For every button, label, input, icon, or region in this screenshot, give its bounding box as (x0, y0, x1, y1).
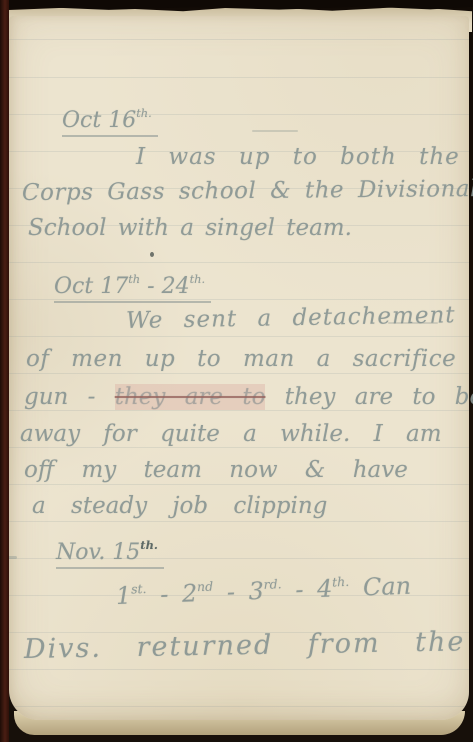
entry-heading-nov-15: Nov. 15th. (56, 538, 164, 569)
handwritten-line: School with a singel team. (28, 215, 352, 241)
notebook-spine-left (0, 0, 9, 742)
handwritten-line: a steady job clipping (32, 493, 327, 519)
handwritten-line-with-strikethrough: gun - they are to they are to be (24, 384, 473, 410)
handwritten-line: off my team now & have (24, 457, 408, 483)
pencil-dash-mark (252, 130, 298, 132)
ink-dot-mark (150, 252, 154, 257)
entry-heading-oct-17-24: Oct 17th - 24th. (54, 272, 211, 303)
handwritten-line: of men up to man a sacrifice - (26, 346, 473, 372)
entry-heading-oct-16: Oct 16th. (62, 106, 158, 137)
handwritten-line: I was up to both the (136, 144, 460, 170)
pencil-dash-mark (388, 322, 438, 324)
handwritten-line: away for quite a while. I am (20, 421, 442, 447)
handwritten-line: Corps Gass school & the Divisional (22, 176, 473, 206)
diary-photo: Oct 16th. I was up to both the Corps Gas… (0, 0, 473, 742)
notebook-page: Oct 16th. I was up to both the Corps Gas… (9, 16, 469, 720)
